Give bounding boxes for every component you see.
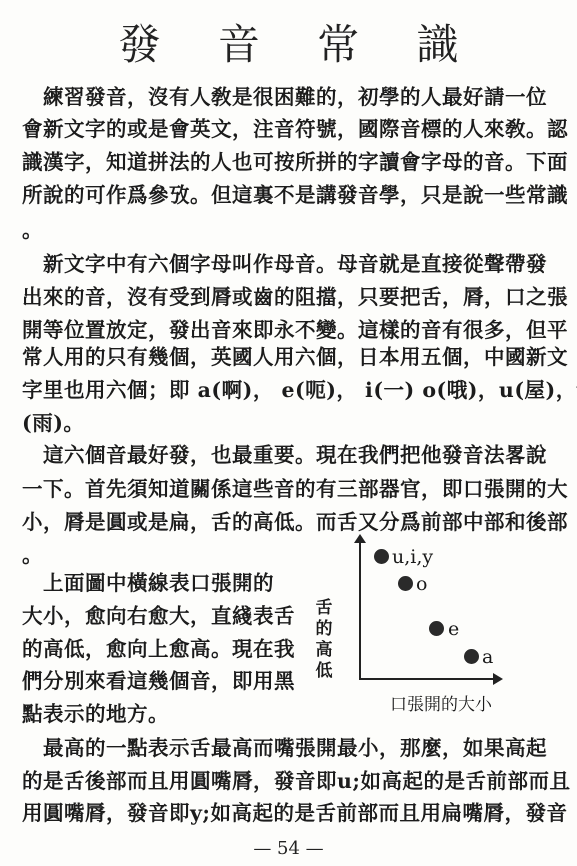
page-number: — 54 — xyxy=(0,838,577,859)
vowel-diagram: 舌的高低 口張開的大小 u,i,y o e a xyxy=(300,530,577,730)
vowel-dot-icon xyxy=(374,549,389,564)
text-line: 。 xyxy=(22,215,562,245)
vowel-label: u,i,y xyxy=(392,547,433,567)
text-line: 用圓嘴脣，發音即y;如高起的是舌前部而且用扁嘴脣，發音 xyxy=(22,798,562,828)
vowel-dot-icon xyxy=(398,576,413,591)
text-line: 的高低，愈向上愈高。現在我 xyxy=(22,634,292,664)
text-line: 新文字中有六個字母叫作母音。母音就是直接從聲帶發 xyxy=(22,249,562,279)
vowel-dot-icon xyxy=(429,621,444,636)
page-title: 發 音 常 識 xyxy=(0,12,577,72)
text-line: 大小，愈向右愈大，直綫表舌 xyxy=(22,601,292,631)
text-line: 的是舌後部而且用圓嘴脣，發音即u;如高起的是舌前部而且 xyxy=(22,766,562,796)
vowel-label: e xyxy=(448,619,459,639)
y-axis xyxy=(359,540,361,680)
y-axis-label: 舌的高低 xyxy=(314,598,334,682)
x-axis-arrow-icon xyxy=(493,673,503,685)
text-line: 一下。首先須知道關係這些音的有三部器官，即口張開的大 xyxy=(22,474,562,504)
text-line: 上面圖中橫線表口張開的 xyxy=(22,568,292,598)
vowel-label: o xyxy=(416,574,427,594)
vowel-label: a xyxy=(482,647,493,667)
text-line: 開等位置放定，發出音來即永不變。這樣的音有很多，但平 xyxy=(22,315,562,345)
text-line: 最高的一點表示舌最高而嘴張開最小，那麼，如果高起 xyxy=(22,733,562,763)
text-line: (雨)。 xyxy=(22,408,562,438)
text-line: 識漢字，知道拼法的人也可按所拼的字讀會字母的音。下面 xyxy=(22,147,562,177)
text-line: 點表示的地方。 xyxy=(22,699,292,729)
text-line: 這六個音最好發，也最重要。現在我們把他發音法畧說 xyxy=(22,440,562,470)
text-line: 常人用的只有幾個，英國人用六個，日本用五個，中國新文 xyxy=(22,342,562,372)
text-line: 字里也用六個；即 a(啊)， e(呃)， i(一) o(哦)，u(屋)，y xyxy=(22,375,562,405)
text-line: 會新文字的或是會英文，注音符號，國際音標的人來敎。認 xyxy=(22,114,562,144)
x-axis-label: 口張開的大小 xyxy=(390,690,492,715)
text-line: 練習發音，沒有人敎是很困難的，初學的人最好請一位 xyxy=(22,82,562,112)
x-axis xyxy=(360,678,495,680)
text-line: 們分別來看這幾個音，即用黑 xyxy=(22,666,292,696)
text-line: 出來的音，沒有受到脣或齒的阻擋，只要把舌，脣，口之張 xyxy=(22,282,562,312)
vowel-dot-icon xyxy=(464,649,479,664)
text-line: 所說的可作爲參攷。但這裏不是講發音學，只是說一些常識 xyxy=(22,180,562,210)
